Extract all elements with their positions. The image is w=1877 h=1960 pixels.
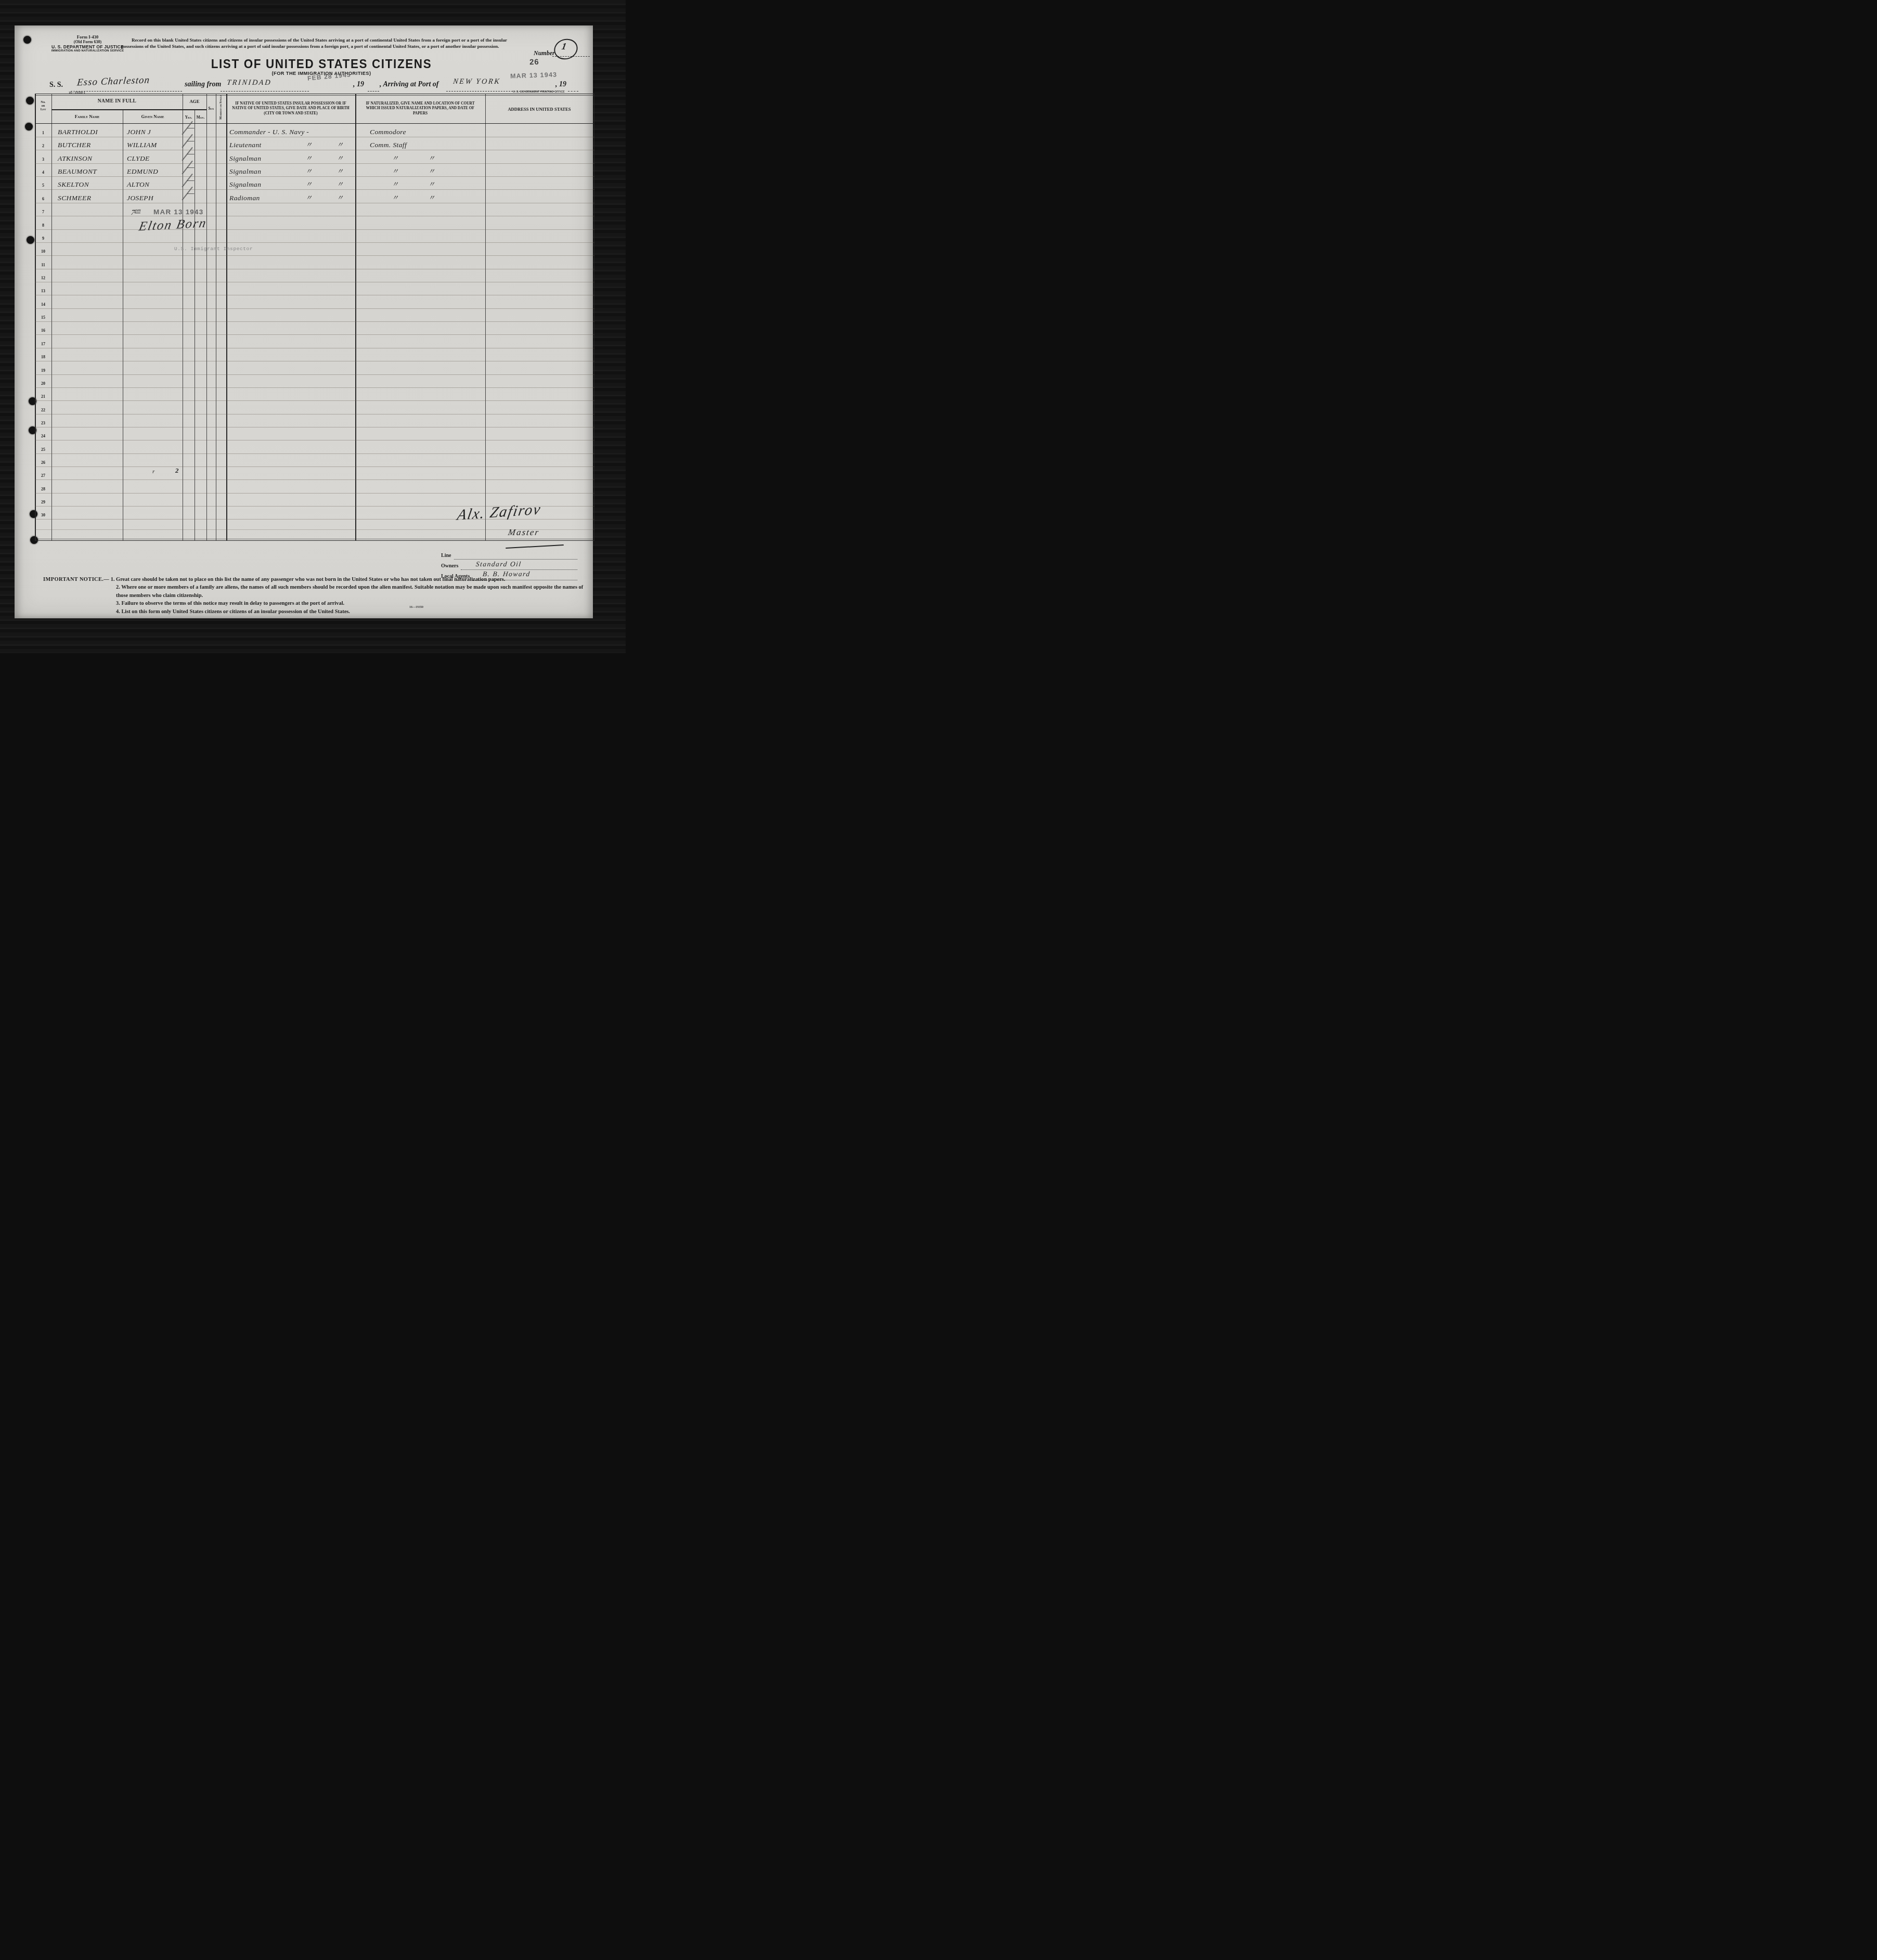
cell-birthplace (226, 361, 355, 374)
cell-sex (206, 150, 216, 163)
arrival-date-stamp: MAR 13 1943 (510, 71, 558, 80)
cell-given-name (123, 401, 183, 413)
cell-address (485, 480, 594, 492)
cell-age-yrs (183, 322, 206, 334)
cell-birthplace: Signalman 〃 〃 (226, 150, 355, 163)
row-number: 14 (35, 302, 51, 308)
cell-birthplace (226, 216, 355, 229)
ditto-mark: 〃 (392, 178, 399, 189)
cell-family-name (51, 507, 123, 519)
cell-naturalization (355, 401, 485, 413)
cell-family-name (51, 309, 123, 321)
cell-married-single (216, 322, 226, 334)
table-header: No. on List NAME IN FULL AGE Family Name… (35, 94, 594, 124)
cell-address (485, 282, 594, 295)
table-row: 22 (35, 401, 594, 414)
cell-age-yrs (183, 295, 206, 308)
cell-family-name: SCHMEER (51, 190, 123, 202)
cell-family-name (51, 243, 123, 255)
table-row: 6 SCHMEER JOSEPH Radioman 〃 〃 〃 〃 — (35, 190, 594, 203)
passenger-table: No. on List NAME IN FULL AGE Family Name… (35, 94, 594, 541)
cell-address (485, 361, 594, 374)
master-title: Master (508, 527, 540, 538)
cell-married-single (216, 348, 226, 361)
cell-married-single (216, 177, 226, 189)
cell-address (485, 454, 594, 466)
table-row: 19 (35, 361, 594, 374)
row-number: 13 (35, 289, 51, 295)
row-number: 2 (35, 144, 51, 150)
cell-sex (206, 361, 216, 374)
given-name-value: CLYDE (127, 154, 150, 163)
cell-age-yrs (183, 480, 206, 492)
cell-sex (206, 256, 216, 268)
cell-given-name (123, 269, 183, 282)
header-native-column: IF NATIVE OF UNITED STATES INSULAR POSSE… (230, 101, 351, 115)
ditto-mark: 〃 (392, 165, 399, 176)
table-row: 2 BUTCHER WILLIAM Lieutenant 〃 〃 Comm. S… (35, 137, 594, 150)
cell-sex (206, 282, 216, 295)
cell-family-name (51, 440, 123, 453)
notice-item-1: 1. Great care should be taken not to pla… (111, 577, 506, 582)
cell-family-name (51, 256, 123, 268)
cell-address (485, 309, 594, 321)
cell-naturalization (355, 388, 485, 400)
cell-naturalization (355, 427, 485, 440)
ditto-mark: 〃 (336, 165, 344, 176)
arriving-label: , Arriving at Port of (380, 81, 438, 89)
cell-given-name (123, 454, 183, 466)
cell-age-yrs (183, 335, 206, 347)
row-number: 6 (35, 197, 51, 203)
cell-given-name (123, 494, 183, 506)
table-row: 23 (35, 414, 594, 427)
table-row: 11 (35, 256, 594, 269)
important-notice: IMPORTANT NOTICE.— 1. Great care should … (43, 576, 588, 616)
cell-address (485, 190, 594, 202)
cell-birthplace (226, 230, 355, 242)
cell-sex (206, 335, 216, 347)
cell-sex (206, 295, 216, 308)
cell-address (485, 256, 594, 268)
cell-address (485, 388, 594, 400)
cell-address (485, 164, 594, 176)
cell-age-yrs (183, 164, 206, 176)
table-row: 5 SKELTON ALTON Signalman 〃 〃 〃 〃 — (35, 177, 594, 190)
cell-naturalization (355, 282, 485, 295)
table-row: 14 (35, 295, 594, 308)
cell-given-name (123, 282, 183, 295)
header-mos: Mos. (195, 115, 206, 120)
cell-birthplace (226, 322, 355, 334)
cell-age-yrs (183, 137, 206, 150)
table-row: 27 (35, 467, 594, 480)
header-yrs: Yrs. (183, 115, 195, 120)
cell-address (485, 375, 594, 387)
header-given-name: Given Name (123, 114, 183, 119)
cell-age-yrs (183, 124, 206, 137)
cell-naturalization (355, 348, 485, 361)
cell-naturalization (355, 269, 485, 282)
cell-birthplace (226, 440, 355, 453)
cell-family-name (51, 216, 123, 229)
cell-naturalization (355, 216, 485, 229)
stamp-time-suffix: pm (135, 207, 141, 213)
cell-birthplace (226, 309, 355, 321)
table-row: 26 (35, 454, 594, 467)
cell-married-single (216, 282, 226, 295)
cell-given-name (123, 507, 183, 519)
notice-item-4: 4. List on this form only United States … (43, 608, 588, 616)
cell-age-yrs (183, 256, 206, 268)
cell-birthplace: Signalman 〃 〃 (226, 177, 355, 189)
row-number: 19 (35, 368, 51, 374)
cell-address (485, 295, 594, 308)
cell-sex (206, 427, 216, 440)
arrival-port: NEW YORK (452, 77, 501, 86)
naturalization-value: Comm. Staff (370, 141, 407, 149)
plate-number-bottom: 16—19350 (409, 606, 423, 609)
cell-married-single (216, 295, 226, 308)
cell-family-name (51, 230, 123, 242)
cell-given-name: JOSEPH (123, 190, 183, 202)
table-row: 16 (35, 322, 594, 335)
ditto-mark: 〃 (305, 165, 313, 176)
cell-family-name (51, 388, 123, 400)
cell-address (485, 414, 594, 427)
owners-label: Owners (441, 563, 458, 569)
cell-naturalization (355, 375, 485, 387)
cell-married-single (216, 150, 226, 163)
cell-given-name (123, 256, 183, 268)
cell-married-single (216, 507, 226, 519)
cell-birthplace (226, 375, 355, 387)
cell-address (485, 124, 594, 137)
department-name: U. S. DEPARTMENT OF JUSTICE (45, 44, 131, 49)
cell-family-name (51, 322, 123, 334)
number-label: Number (534, 49, 555, 57)
cell-birthplace (226, 256, 355, 268)
cell-birthplace (226, 480, 355, 492)
cell-naturalization: 〃 〃 (355, 190, 485, 202)
cell-given-name (123, 335, 183, 347)
table-row: 1 BARTHOLDI JOHN J Commander - U. S. Nav… (35, 124, 594, 137)
cell-sex (206, 177, 216, 189)
cell-family-name (51, 414, 123, 427)
header-no-2: on (35, 104, 51, 108)
family-name-value: BUTCHER (58, 141, 91, 149)
cell-married-single (216, 230, 226, 242)
table-row: 7 (35, 203, 594, 216)
row-number: 15 (35, 315, 51, 321)
cell-family-name: ATKINSON (51, 150, 123, 163)
cell-age-yrs (183, 494, 206, 506)
cell-family-name (51, 480, 123, 492)
intro-paragraph: Record on this blank United States citiz… (121, 37, 507, 49)
cell-given-name (123, 427, 183, 440)
stray-mark-2: 2 (175, 466, 179, 475)
table-row: 8 (35, 216, 594, 229)
age-dash-mark: — (187, 150, 195, 159)
ditto-mark: 〃 (428, 178, 435, 189)
cell-family-name (51, 348, 123, 361)
header-naturalized-column: IF NATURALIZED, GIVE NAME AND LOCATION O… (361, 101, 479, 115)
stray-mark-1: r (152, 469, 154, 475)
given-name-value: JOHN J (127, 128, 151, 136)
notice-item-2: 2. Where one or more members of a family… (43, 583, 588, 600)
cell-given-name (123, 361, 183, 374)
cell-married-single (216, 203, 226, 216)
cell-given-name (123, 322, 183, 334)
cell-married-single (216, 427, 226, 440)
occupation-value: Signalman (229, 154, 261, 163)
family-name-value: SKELTON (58, 180, 89, 189)
row-number: 25 (35, 447, 51, 453)
given-name-value: JOSEPH (127, 194, 153, 202)
cell-given-name (123, 295, 183, 308)
ditto-mark: 〃 (336, 152, 344, 163)
cell-address (485, 150, 594, 163)
occupation-value: Commander - U. S. Navy - (229, 128, 309, 136)
row-number: 12 (35, 276, 51, 282)
ditto-mark: 〃 (336, 192, 344, 202)
cell-address (485, 348, 594, 361)
cell-age-yrs (183, 269, 206, 282)
cell-birthplace (226, 507, 355, 519)
cell-married-single (216, 256, 226, 268)
cell-married-single (216, 361, 226, 374)
year-2-line (568, 90, 578, 92)
cell-sex (206, 164, 216, 176)
departure-port: TRINIDAD (226, 79, 272, 87)
ss-label: S. S. (49, 81, 63, 89)
cell-age-yrs (183, 414, 206, 427)
cell-family-name (51, 401, 123, 413)
cell-birthplace (226, 269, 355, 282)
cell-sex (206, 309, 216, 321)
scanned-document: Form I-430 (Old Form 630) U. S. DEPARTME… (0, 0, 626, 653)
cell-age-yrs (183, 190, 206, 202)
cell-given-name: ALTON (123, 177, 183, 189)
form-number: Form I-430 (45, 34, 131, 40)
cell-sex (206, 322, 216, 334)
cell-given-name (123, 414, 183, 427)
cell-family-name (51, 375, 123, 387)
cell-naturalization (355, 230, 485, 242)
cell-naturalization (355, 480, 485, 492)
row-number: 21 (35, 394, 51, 400)
header-mid-divider (51, 109, 206, 110)
ditto-mark: 〃 (336, 178, 344, 189)
cell-given-name (123, 480, 183, 492)
cell-address (485, 203, 594, 216)
cell-age-yrs (183, 388, 206, 400)
cell-sex (206, 137, 216, 150)
cell-address (485, 322, 594, 334)
row-number: 9 (35, 236, 51, 242)
age-dash-mark: — (187, 176, 195, 185)
cell-family-name: BARTHOLDI (51, 124, 123, 137)
row-number: 16 (35, 328, 51, 334)
cell-naturalization (355, 440, 485, 453)
occupation-value: Signalman (229, 167, 261, 176)
given-name-value: WILLIAM (127, 141, 157, 149)
cell-naturalization: Commodore (355, 124, 485, 137)
row-number: 18 (35, 355, 51, 361)
manifest-page: Form I-430 (Old Form 630) U. S. DEPARTME… (15, 25, 593, 618)
cell-age-yrs (183, 401, 206, 413)
cell-sex (206, 414, 216, 427)
table-row: 21 (35, 388, 594, 401)
punch-hole (27, 236, 34, 244)
cell-sex (206, 216, 216, 229)
occupation-value: Signalman (229, 180, 261, 189)
cell-address (485, 216, 594, 229)
ditto-mark: 〃 (305, 152, 313, 163)
table-row: 15 (35, 309, 594, 322)
header-married-or-single: Married or Single (219, 94, 223, 121)
cell-birthplace: Lieutenant 〃 〃 (226, 137, 355, 150)
row-number: 3 (35, 157, 51, 163)
vessel-name: Esso Charleston (76, 75, 150, 89)
cell-naturalization: 〃 〃 (355, 150, 485, 163)
cell-age-yrs (183, 150, 206, 163)
occupation-value: Radioman (229, 194, 260, 202)
cell-given-name: JOHN J (123, 124, 183, 137)
cell-given-name (123, 309, 183, 321)
cell-family-name (51, 295, 123, 308)
cell-given-name (123, 243, 183, 255)
inspector-title: U.S. Immigrant Inspector (174, 246, 253, 252)
cell-address (485, 440, 594, 453)
cell-birthplace (226, 494, 355, 506)
row-number: 23 (35, 421, 51, 427)
cell-sex (206, 454, 216, 466)
cell-age-yrs (183, 507, 206, 519)
cell-sex (206, 480, 216, 492)
ditto-mark: 〃 (305, 139, 313, 149)
row-number: 5 (35, 183, 51, 189)
cell-age-yrs (183, 375, 206, 387)
cell-sex (206, 507, 216, 519)
cell-sex (206, 348, 216, 361)
cell-sex (206, 440, 216, 453)
cell-family-name (51, 203, 123, 216)
age-dash-mark: — (187, 163, 195, 172)
cell-birthplace (226, 414, 355, 427)
table-row: 13 (35, 282, 594, 295)
cell-birthplace (226, 388, 355, 400)
cell-family-name (51, 454, 123, 466)
row-number: 1 (35, 131, 51, 137)
header-name-in-full: NAME IN FULL (51, 99, 183, 104)
cell-age-yrs (183, 440, 206, 453)
cell-sex (206, 401, 216, 413)
row-number: 10 (35, 249, 51, 255)
sailing-from-label: sailing from (185, 81, 221, 89)
cell-family-name (51, 335, 123, 347)
departure-port-underline (221, 90, 309, 92)
cell-given-name (123, 375, 183, 387)
cell-married-single (216, 309, 226, 321)
cell-age-yrs (183, 348, 206, 361)
cell-birthplace (226, 295, 355, 308)
header-no-3: List (35, 108, 51, 111)
row-number: 8 (35, 223, 51, 229)
owners-value: Standard Oil (475, 560, 522, 568)
table-row: 25 (35, 440, 594, 453)
cell-family-name (51, 467, 123, 479)
cell-family-name: BUTCHER (51, 137, 123, 150)
table-row: 18 (35, 348, 594, 361)
table-row: 4 BEAUMONT EDMUND Signalman 〃 〃 〃 〃 — (35, 164, 594, 177)
row-number: 20 (35, 381, 51, 387)
table-row: 3 ATKINSON CLYDE Signalman 〃 〃 〃 〃 — (35, 150, 594, 163)
cell-naturalization (355, 322, 485, 334)
row-number: 30 (35, 513, 51, 519)
cell-age-yrs (183, 454, 206, 466)
row-number: 28 (35, 487, 51, 493)
year-1-line (368, 90, 379, 92)
cell-age-yrs (183, 177, 206, 189)
cell-married-single (216, 494, 226, 506)
cell-naturalization (355, 335, 485, 347)
year-label-1: , 19 (353, 81, 364, 89)
stamp-time: 7pm (130, 207, 141, 217)
table-body: 1 BARTHOLDI JOHN J Commander - U. S. Nav… (35, 124, 594, 520)
cell-married-single (216, 137, 226, 150)
cell-married-single (216, 124, 226, 137)
cell-family-name (51, 282, 123, 295)
age-dash-mark: — (187, 189, 195, 198)
cell-birthplace (226, 335, 355, 347)
cell-married-single (216, 269, 226, 282)
cell-address (485, 177, 594, 189)
family-name-value: BARTHOLDI (58, 128, 98, 136)
cell-married-single (216, 467, 226, 479)
ditto-mark: 〃 (305, 178, 313, 189)
cell-age-yrs (183, 427, 206, 440)
cell-given-name: WILLIAM (123, 137, 183, 150)
cell-sex (206, 494, 216, 506)
cell-address (485, 243, 594, 255)
ditto-mark: 〃 (428, 165, 435, 176)
cell-given-name (123, 348, 183, 361)
row-number: 4 (35, 170, 51, 176)
punch-hole (23, 36, 31, 44)
cell-married-single (216, 454, 226, 466)
family-name-value: SCHMEER (58, 194, 91, 202)
cell-sex (206, 375, 216, 387)
punch-hole (25, 123, 33, 131)
naturalization-value: Commodore (370, 128, 406, 136)
cell-married-single (216, 388, 226, 400)
year-label-2: , 19 (555, 81, 566, 89)
table-row: 17 (35, 335, 594, 348)
cell-address (485, 335, 594, 347)
cell-married-single (216, 414, 226, 427)
cell-married-single (216, 375, 226, 387)
cell-address (485, 467, 594, 479)
cell-birthplace (226, 467, 355, 479)
cell-address (485, 401, 594, 413)
cell-naturalization (355, 467, 485, 479)
vessel-underline (71, 90, 182, 92)
cell-birthplace: Signalman 〃 〃 (226, 164, 355, 176)
cell-family-name: SKELTON (51, 177, 123, 189)
cell-naturalization (355, 454, 485, 466)
cell-age-yrs (183, 361, 206, 374)
